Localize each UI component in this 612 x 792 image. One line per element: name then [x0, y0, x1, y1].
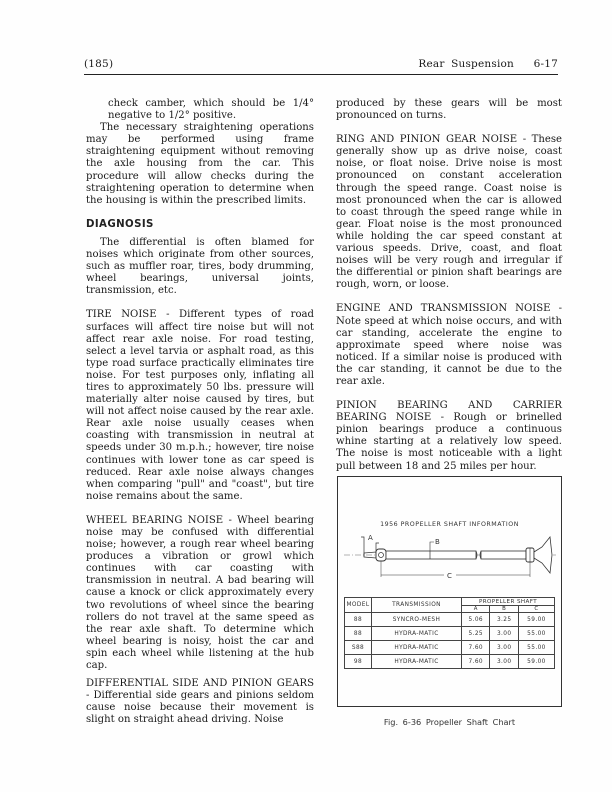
ring-pinion-title: RING AND PINION GEAR NOISE [336, 134, 517, 145]
wheel-bearing-title: WHEEL BEARING NOISE [86, 515, 223, 526]
header-a: A [462, 606, 490, 613]
header-propeller-shaft: PROPELLER SHAFT [462, 598, 555, 606]
header-c: C [518, 606, 554, 613]
section-title: Rear Suspension [418, 58, 514, 70]
continued-paragraph: produced by these gears will be most pro… [336, 98, 562, 122]
tire-noise-title: TIRE NOISE [86, 309, 157, 320]
header-rule [84, 74, 558, 75]
page-number: (185) [84, 58, 113, 70]
camber-paragraph: check camber, which should be 1/4° negat… [86, 98, 314, 122]
dimension-label-a: A [368, 534, 373, 542]
page-reference: 6-17 [534, 58, 558, 70]
propeller-shaft-figure: 1956 PROPELLER SHAFT INFORMATION A B [337, 476, 562, 707]
table-row: 88 HYDRA-MATIC 5.25 3.00 55.00 [345, 627, 555, 641]
figure-caption: Fig. 6-36 Propeller Shaft Chart [337, 717, 562, 727]
running-title: Rear Suspension 6-17 [418, 58, 558, 70]
differential-side-paragraph: DIFFERENTIAL SIDE AND PINION GEARS - Dif… [86, 678, 314, 726]
ring-pinion-paragraph: RING AND PINION GEAR NOISE - These gener… [336, 134, 562, 291]
table-row: S88 HYDRA-MATIC 7.60 3.00 55.00 [345, 641, 555, 655]
dimension-label-c: C [447, 572, 452, 579]
tire-noise-paragraph: TIRE NOISE - Different types of road sur… [86, 309, 314, 503]
table-row: 98 HYDRA-MATIC 7.60 3.00 59.00 [345, 655, 555, 669]
propeller-shaft-table: MODEL TRANSMISSION PROPELLER SHAFT A B C… [344, 597, 555, 669]
table-row: 88 SYNCRO-MESH 5.06 3.25 59.00 [345, 613, 555, 627]
propeller-shaft-diagram-icon: A B C [344, 531, 556, 579]
dimension-label-b: B [435, 538, 440, 546]
diagnosis-intro-paragraph: The differential is often blamed for noi… [86, 237, 314, 297]
pinion-bearing-paragraph: PINION BEARING AND CARRIER BEARING NOISE… [336, 400, 562, 473]
engine-transmission-paragraph: ENGINE AND TRANSMISSION NOISE - Note spe… [336, 303, 562, 388]
left-column: check camber, which should be 1/4° negat… [86, 98, 314, 727]
page-header: (185) Rear Suspension 6-17 [84, 58, 558, 74]
straightening-paragraph: The necessary straightening operations m… [86, 122, 314, 207]
wheel-bearing-paragraph: WHEEL BEARING NOISE - Wheel bearing nois… [86, 515, 314, 672]
differential-side-title: DIFFERENTIAL SIDE AND PINION GEARS [86, 678, 314, 689]
header-b: B [490, 606, 518, 613]
diagnosis-heading: DIAGNOSIS [86, 219, 314, 231]
right-column: produced by these gears will be most pro… [336, 98, 562, 473]
engine-transmission-title: ENGINE AND TRANSMISSION NOISE [336, 303, 551, 314]
header-transmission: TRANSMISSION [372, 598, 462, 613]
header-model: MODEL [345, 598, 372, 613]
figure-title: 1956 PROPELLER SHAFT INFORMATION [338, 521, 561, 528]
